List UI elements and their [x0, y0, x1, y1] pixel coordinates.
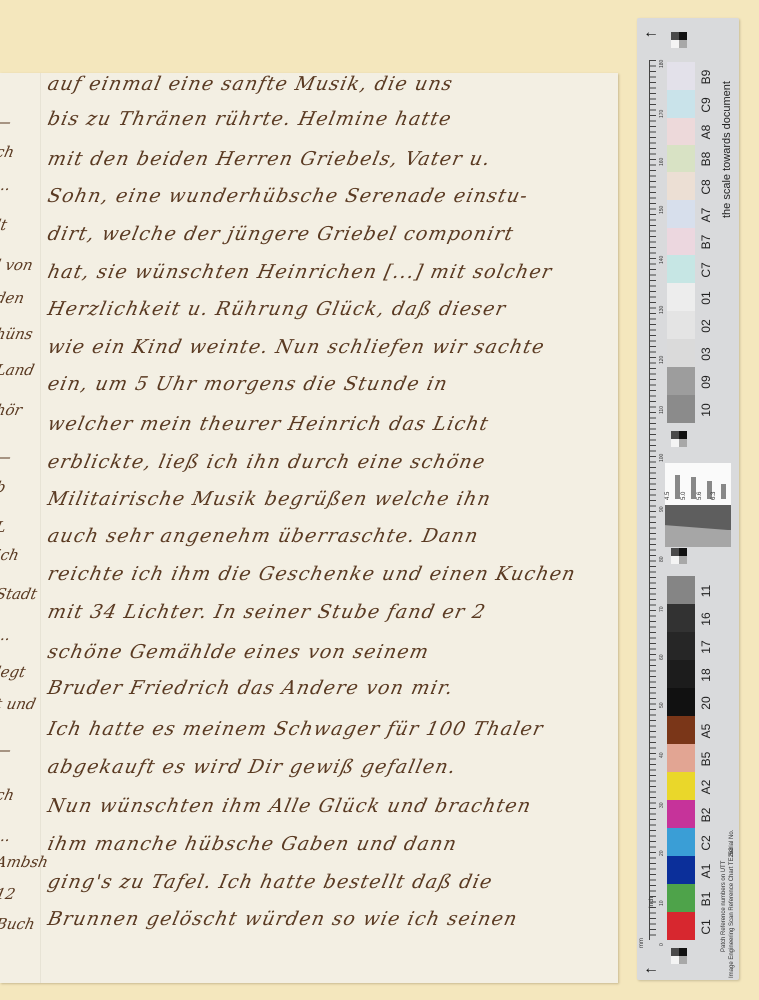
color-patch-a8 [667, 118, 695, 145]
serial-text: Serial No. [729, 830, 735, 856]
ruler-mm-label: 40 [659, 752, 665, 758]
ruler-mm-label: 50 [659, 702, 665, 708]
patch-label: A1 [699, 862, 713, 880]
gray-patch-01 [667, 283, 695, 311]
color-patch-a2 [667, 772, 695, 800]
arrow-left-icon: ← [643, 26, 661, 40]
gray-patch-10 [667, 395, 695, 423]
ruler-mm-label: 60 [659, 654, 665, 660]
chart-header-text: the scale towards document [721, 81, 733, 218]
patch-label: B2 [699, 806, 713, 824]
patch-label: C7 [699, 261, 713, 279]
gray-patch-16 [667, 604, 695, 632]
patch-label: 20 [699, 694, 713, 712]
patch-label: 03 [699, 345, 713, 363]
letter-line: dirt, welche der jüngere Griebel componi… [46, 223, 516, 245]
gray-patch-20 [667, 688, 695, 716]
gray-patch-02 [667, 311, 695, 339]
margin-fragment: ich [0, 546, 21, 564]
patch-label: 10 [699, 401, 713, 419]
color-patch-a1 [667, 856, 695, 884]
patch-reference-text: Patch Reference numbers on UTT [721, 861, 727, 952]
patch-label: B5 [699, 750, 713, 768]
margin-fragment: Buch [0, 915, 37, 933]
color-patch-b5 [667, 744, 695, 772]
patch-label: B1 [699, 890, 713, 908]
ruler-mm-label: 100 [659, 454, 665, 462]
color-patch-a7 [667, 200, 695, 228]
color-patch-a5 [667, 716, 695, 744]
color-patch-c2 [667, 828, 695, 856]
wedge-value: 5.0 [681, 492, 687, 500]
color-patch-c8 [667, 172, 695, 200]
margin-fragment: hör [0, 401, 24, 419]
letter-line: Nun wünschten ihm Alle Glück und brachte… [46, 795, 534, 817]
letter-line: auf einmal eine sanfte Musik, die uns [46, 73, 456, 95]
chart-name-text: Scan Reference Chart TE263 [729, 847, 735, 926]
margin-fragment: Stadt [0, 585, 39, 603]
patch-label: B8 [699, 150, 713, 168]
ruler-mm-label: 120 [659, 356, 665, 364]
patch-label: C2 [699, 834, 713, 852]
patch-label: 09 [699, 373, 713, 391]
gray-patch-03 [667, 339, 695, 367]
resolution-wedge: 4.5 5.0 5.6 6.3 [665, 463, 731, 505]
patch-label: C9 [699, 96, 713, 114]
ruler-mm-label: 130 [659, 306, 665, 314]
margin-fragment: l von [0, 256, 35, 274]
margin-fragment: b [0, 478, 8, 496]
patch-label: C8 [699, 178, 713, 196]
ruler-mm-label: 170 [659, 110, 665, 118]
gray-patch-17 [667, 632, 695, 660]
patch-label: B9 [699, 68, 713, 86]
letter-line: Ich hatte es meinem Schwager für 100 Tha… [46, 718, 546, 740]
patch-label: B7 [699, 233, 713, 251]
color-patch-c1 [667, 912, 695, 940]
patch-label: 16 [699, 610, 713, 628]
patch-label: 01 [699, 289, 713, 307]
paper-fold [40, 73, 41, 983]
letter-line: Sohn, eine wunderhübsche Serenade einstu… [46, 185, 531, 207]
letter-line: Brunnen gelöscht würden so wie ich seine… [46, 908, 520, 930]
letter-line: wie ein Kind weinte. Nun schliefen wir s… [46, 336, 547, 358]
letter-line: mit 34 Lichter. In seiner Stube fand er … [46, 601, 488, 623]
company-text: Image Engineering [729, 928, 735, 978]
margin-fragment: — [0, 448, 13, 466]
letter-line: Herzlichkeit u. Rührung Glück, daß diese… [46, 298, 509, 320]
letter-line: ihm manche hübsche Gaben und dann [46, 833, 460, 855]
margin-fragment: hüns [0, 325, 35, 343]
gray-patch-09 [667, 367, 695, 395]
patch-label: 11 [699, 582, 713, 600]
gray-reference-square [671, 32, 687, 48]
patch-label: 18 [699, 666, 713, 684]
gray-reference-square [671, 548, 687, 564]
wedge-value: 6.3 [711, 492, 717, 500]
patch-label: C1 [699, 918, 713, 936]
letter-line: erblickte, ließ ich ihn durch eine schön… [46, 451, 488, 473]
letter-line: mit den beiden Herren Griebels, Vater u. [46, 148, 493, 170]
patch-label: 17 [699, 638, 713, 656]
patch-label: A8 [699, 123, 713, 141]
letter-line: bis zu Thränen rührte. Helmine hatte [46, 108, 454, 130]
ruler-mm-label: 150 [659, 206, 665, 214]
patch-label: A5 [699, 722, 713, 740]
wedge-value: 5.6 [697, 492, 703, 500]
color-patch-b9 [667, 62, 695, 90]
margin-fragment: Land [0, 361, 36, 379]
letter-line: reichte ich ihm die Geschenke und einen … [46, 563, 578, 585]
letter-page: auf einmal eine sanfte Musik, die uns bi… [0, 73, 618, 983]
gray-reference-square [671, 948, 687, 964]
letter-line: Militairische Musik begrüßen welche ihn [46, 488, 494, 510]
color-patch-c9 [667, 90, 695, 118]
margin-fragment: ch [0, 143, 16, 161]
margin-fragment: ... [0, 827, 12, 845]
margin-fragment: ... [0, 176, 12, 194]
ruler-mm-label: 30 [659, 802, 665, 808]
color-patch-b1 [667, 884, 695, 912]
letter-line: abgekauft es wird Dir gewiß gefallen. [46, 756, 459, 778]
patch-label: A2 [699, 778, 713, 796]
letter-line: ging's zu Tafel. Ich hatte bestellt daß … [46, 871, 495, 893]
ruler-unit-mm: mm [639, 938, 645, 948]
ruler-mm-label: 180 [659, 60, 665, 68]
gray-reference-square [671, 431, 687, 447]
ruler-mm-label: 70 [659, 606, 665, 612]
ruler-mm-label: 80 [659, 556, 665, 562]
patch-label: A7 [699, 206, 713, 224]
wedge-value: 4.5 [665, 492, 671, 500]
patch-label: 02 [699, 317, 713, 335]
gray-patch-18 [667, 660, 695, 688]
margin-fragment: t und [0, 695, 38, 713]
margin-fragment: lt [0, 216, 9, 234]
margin-fragment: — [0, 113, 13, 131]
letter-line: welcher mein theurer Heinrich das Licht [46, 413, 491, 435]
color-patch-b2 [667, 800, 695, 828]
margin-fragment: den [0, 289, 26, 307]
margin-fragment: — [0, 741, 13, 759]
color-patch-b7 [667, 228, 695, 255]
ruler-mm-label: 20 [659, 850, 665, 856]
scan-reference-chart: ← 180 170 160 150 140 130 120 110 100 90… [637, 18, 739, 980]
margin-fragment: ... [0, 626, 12, 644]
margin-fragment: Ambsh [0, 853, 50, 871]
ruler-mm-label: 10 [659, 900, 665, 906]
margin-fragment: legt [0, 663, 27, 681]
ruler-mm-label: 0 [659, 943, 665, 946]
color-patch-b8 [667, 145, 695, 172]
margin-fragment: L [0, 518, 8, 536]
letter-line: auch sehr angenehm überraschte. Dann [46, 525, 481, 547]
ruler-ticks [649, 60, 662, 940]
letter-line: ein, um 5 Uhr morgens die Stunde in [46, 373, 450, 395]
letter-line: schöne Gemählde eines von seinem [46, 641, 432, 663]
ruler-unit-inch: Inch [649, 897, 655, 908]
color-patch-c7 [667, 255, 695, 283]
ruler-mm-label: 160 [659, 158, 665, 166]
arrow-left-icon: ← [643, 962, 661, 976]
ruler-mm-label: 110 [659, 406, 665, 414]
letter-line: Bruder Friedrich das Andere von mir. [46, 677, 456, 699]
margin-fragment: 12 [0, 885, 17, 903]
letter-line: hat, sie wünschten Heinrichen [...] mit … [46, 261, 555, 283]
margin-fragment: ch [0, 786, 16, 804]
density-wedge [665, 505, 731, 547]
gray-patch-11 [667, 576, 695, 604]
ruler-mm-label: 140 [659, 256, 665, 264]
